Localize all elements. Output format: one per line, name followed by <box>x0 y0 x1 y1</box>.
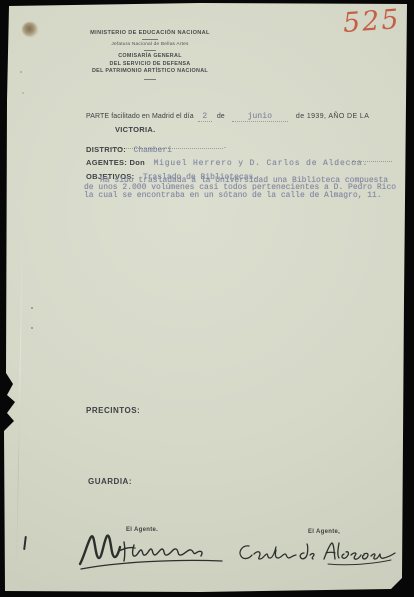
agentes-fill-line <box>352 152 392 162</box>
right-agent-title: El Agente, <box>308 529 340 535</box>
month-field: junio <box>232 112 288 122</box>
photographed-document: 525 MINISTERIO DE EDUCACIÓN NACIONAL Jef… <box>0 0 414 597</box>
guardia-label: GUARDIA: <box>88 477 132 486</box>
letterhead-comisaria-line3: DEL PATRIMONIO ARTÍSTICO NACIONAL <box>68 68 232 76</box>
letterhead-divider <box>144 50 156 51</box>
paper-speck <box>31 307 33 309</box>
year-suffix-label: de 1939, AÑO DE LA <box>296 113 369 120</box>
objetivos-body-line: la cual se encontraba en un sótano de la… <box>84 192 404 199</box>
aldecoa-signature <box>233 536 401 570</box>
letterhead-comisaria-line1: COMISARÍA GENERAL <box>68 53 232 61</box>
parte-line: PARTE facilitado en Madrid el día 2 de j… <box>86 112 369 122</box>
stray-pen-mark <box>23 536 27 550</box>
day-field: 2 <box>198 112 212 122</box>
objetivos-body: Ha sido trasladada a la Universidad una … <box>84 177 404 199</box>
letterhead-divider <box>144 79 156 80</box>
herrero-signature <box>72 530 237 576</box>
de-label: de <box>217 113 225 120</box>
distrito-line-period: . <box>224 141 226 150</box>
paper-crease <box>16 235 23 570</box>
letterhead-department: Jefatura Nacional de Bellas Artes <box>68 42 232 47</box>
paper-speck <box>31 327 33 329</box>
paper-sheet: 525 MINISTERIO DE EDUCACIÓN NACIONAL Jef… <box>0 0 414 597</box>
letterhead-ministry: MINISTERIO DE EDUCACIÓN NACIONAL <box>68 30 232 36</box>
parte-prefix-label: PARTE facilitado en Madrid el día <box>86 113 194 120</box>
victoria-line: VICTORIA. <box>115 125 155 134</box>
paper-speck <box>20 71 22 73</box>
distrito-fill-line <box>110 139 223 149</box>
paper-speck <box>22 92 24 94</box>
folio-number-annotation: 525 <box>342 4 402 39</box>
letterhead: MINISTERIO DE EDUCACIÓN NACIONAL Jefatur… <box>68 30 232 83</box>
ink-stain <box>22 22 38 37</box>
letterhead-divider <box>142 39 158 40</box>
precintos-label: PRECINTOS: <box>86 406 140 415</box>
